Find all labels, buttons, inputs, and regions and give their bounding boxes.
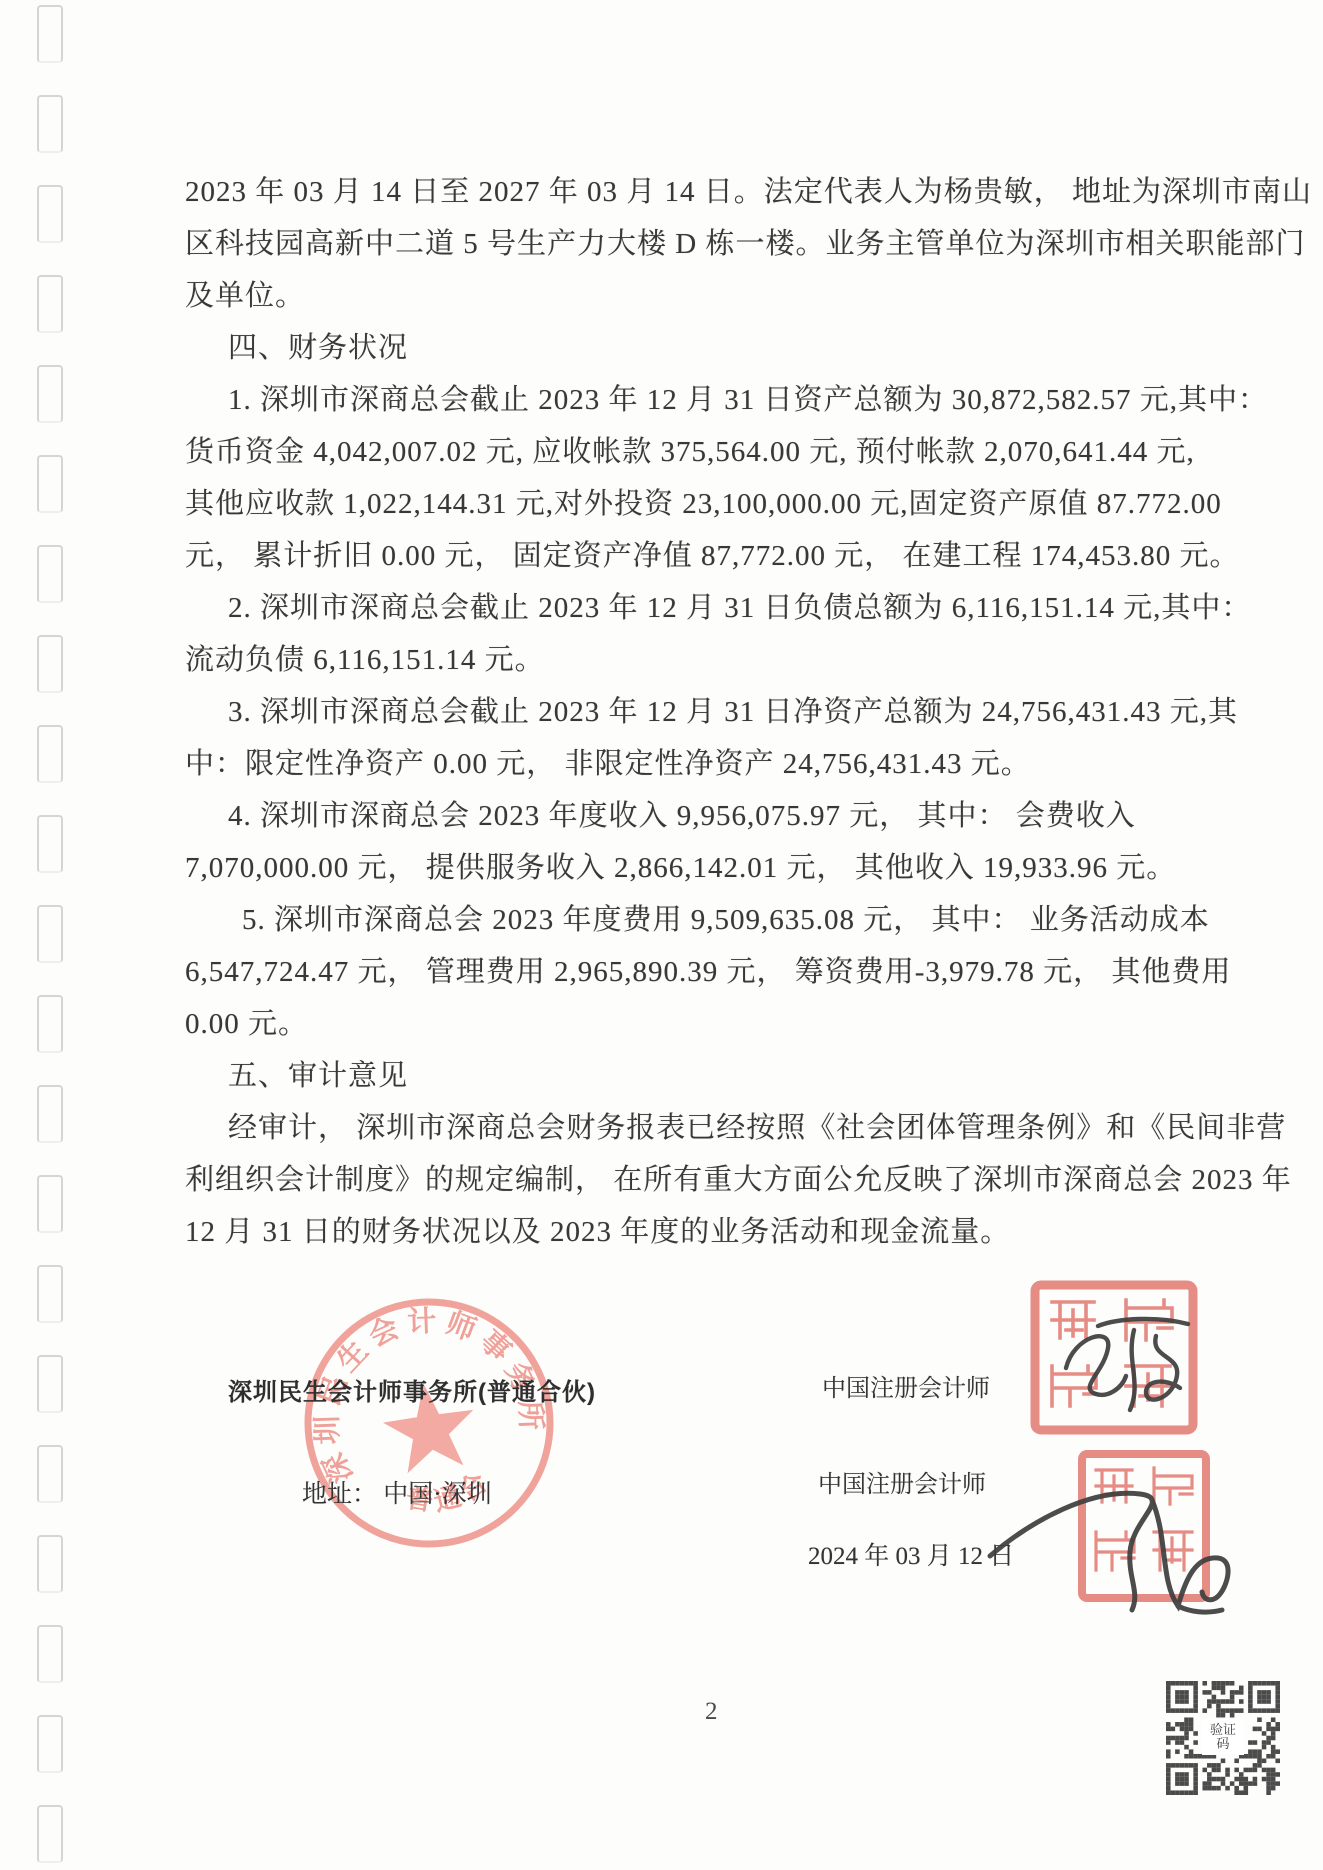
document-line: 0.00 元。 xyxy=(185,998,1195,1050)
binder-hole xyxy=(37,725,63,783)
document-line: 3. 深圳市深商总会截止 2023 年 12 月 31 日净资产总额为 24,7… xyxy=(185,686,1195,738)
binder-hole xyxy=(37,1535,63,1593)
document-line: 元， 累计折旧 0.00 元， 固定资产净值 87,772.00 元， 在建工程… xyxy=(185,530,1195,582)
binder-hole xyxy=(37,1805,63,1863)
binder-hole xyxy=(37,1445,63,1503)
document-line: 2023 年 03 月 14 日至 2027 年 03 月 14 日。法定代表人… xyxy=(185,166,1195,218)
document-line: 利组织会计制度》的规定编制， 在所有重大方面公允反映了深圳市深商总会 2023 … xyxy=(185,1154,1195,1206)
document-line: 4. 深圳市深商总会 2023 年度收入 9,956,075.97 元， 其中：… xyxy=(185,790,1195,842)
document-line: 流动负债 6,116,151.14 元。 xyxy=(185,634,1195,686)
cpa-label-1: 中国注册会计师 xyxy=(822,1368,990,1403)
document-line: 7,070,000.00 元， 提供服务收入 2,866,142.01 元， 其… xyxy=(185,842,1195,894)
document-line: 2. 深圳市深商总会截止 2023 年 12 月 31 日负债总额为 6,116… xyxy=(185,582,1195,634)
cpa-seal-2 xyxy=(1078,1450,1210,1602)
document-line: 5. 深圳市深商总会 2023 年度费用 9,509,635.08 元， 其中：… xyxy=(185,894,1195,946)
binder-hole xyxy=(37,5,63,63)
firm-address: 地址： 中国·深圳 xyxy=(302,1474,492,1510)
scanned-audit-report-page: 2023 年 03 月 14 日至 2027 年 03 月 14 日。法定代表人… xyxy=(0,0,1323,1870)
signature-1 xyxy=(1038,1296,1214,1438)
report-date: 2024 年 03 月 12 日 xyxy=(808,1536,1014,1572)
binder-hole xyxy=(37,1175,63,1233)
document-line: 区科技园高新中二道 5 号生产力大楼 D 栋一楼。业务主管单位为深圳市相关职能部… xyxy=(185,218,1195,270)
cpa-seal-1 xyxy=(1030,1280,1198,1435)
document-line: 1. 深圳市深商总会截止 2023 年 12 月 31 日资产总额为 30,87… xyxy=(185,374,1195,426)
binder-hole xyxy=(37,995,63,1053)
document-line: 6,547,724.47 元， 管理费用 2,965,890.39 元， 筹资费… xyxy=(185,946,1195,998)
stamp-ring xyxy=(293,1293,565,1557)
qr-center-text-1: 验证 xyxy=(1210,1723,1236,1737)
qr-center-label: 验证 码 xyxy=(1202,1719,1244,1755)
binder-hole xyxy=(37,365,63,423)
binder-hole xyxy=(37,1715,63,1773)
document-line: 货币资金 4,042,007.02 元, 应收帐款 375,564.00 元, … xyxy=(185,426,1195,478)
document-line: 及单位。 xyxy=(185,270,1195,322)
document-line: 经审计， 深圳市深商总会财务报表已经按照《社会团体管理条例》和《民间非营 xyxy=(185,1102,1195,1154)
binder-hole xyxy=(37,1265,63,1323)
binder-hole xyxy=(37,815,63,873)
firm-name: 深圳民生会计师事务所(普通合伙) xyxy=(228,1372,596,1407)
document-line: 五、审计意见 xyxy=(185,1050,1195,1102)
document-line: 其他应收款 1,022,144.31 元,对外投资 23,100,000.00 … xyxy=(185,478,1195,530)
qr-center-text-2: 码 xyxy=(1216,1737,1229,1751)
binder-hole xyxy=(37,1085,63,1143)
binder-hole xyxy=(37,905,63,963)
binder-hole xyxy=(37,545,63,603)
binder-hole xyxy=(37,1625,63,1683)
signature-2 xyxy=(982,1460,1242,1632)
binder-hole xyxy=(37,275,63,333)
binder-hole xyxy=(37,95,63,153)
document-line: 中：限定性净资产 0.00 元， 非限定性净资产 24,756,431.43 元… xyxy=(185,738,1195,790)
binder-hole xyxy=(37,1355,63,1413)
page-number: 2 xyxy=(705,1698,718,1726)
document-body: 2023 年 03 月 14 日至 2027 年 03 月 14 日。法定代表人… xyxy=(185,166,1195,1258)
document-line: 12 月 31 日的财务状况以及 2023 年度的业务活动和现金流量。 xyxy=(185,1206,1195,1258)
verification-qr-code: 验证 码 xyxy=(1166,1681,1280,1795)
binder-hole xyxy=(37,455,63,513)
binder-hole xyxy=(37,185,63,243)
firm-round-stamp: 深圳民生会计师事务所 普通合伙 xyxy=(293,1293,565,1557)
cpa-label-2: 中国注册会计师 xyxy=(818,1464,986,1499)
binder-hole xyxy=(37,635,63,693)
document-line: 四、财务状况 xyxy=(185,322,1195,374)
